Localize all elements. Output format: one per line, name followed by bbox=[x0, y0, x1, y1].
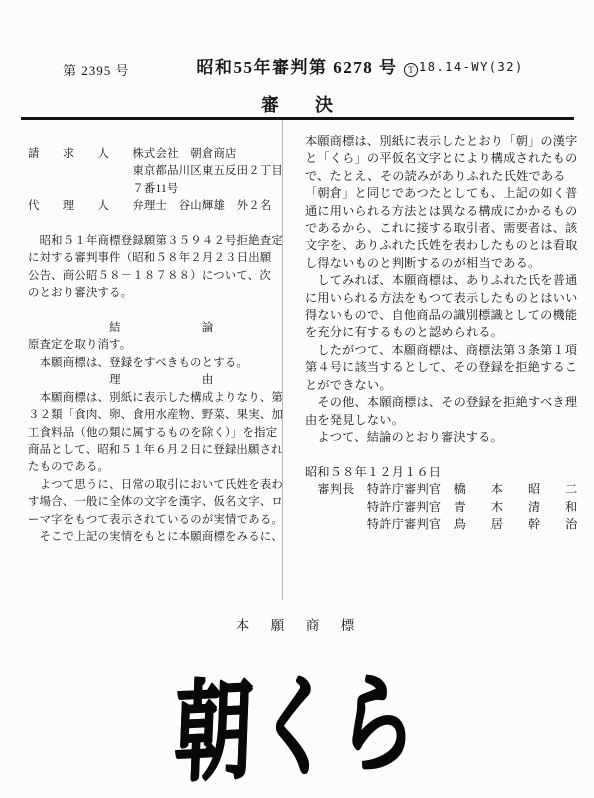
text-line bbox=[28, 303, 280, 320]
text-line: その他、本願商標は、その登録を拒絶すべき理 bbox=[305, 394, 584, 411]
text-line: してみれば、本願商標は、ありふれた氏を普通 bbox=[305, 272, 584, 289]
trademark-image-area: 朝くら bbox=[0, 652, 594, 784]
text-line: に用いられる方法をもつて表示したものとはいい bbox=[305, 290, 584, 307]
left-text-column: 請 求 人 株式会社 朝倉商店 東京都品川区東五反田２丁目 ７番11号代 理 人… bbox=[0, 120, 282, 602]
text-line: 特許庁審判官 鳥 居 幹 治 bbox=[305, 516, 584, 533]
text-line: 特許庁審判官 青 木 清 和 bbox=[305, 499, 584, 516]
text-line: ７番11号 bbox=[28, 181, 280, 198]
text-line bbox=[28, 216, 280, 233]
text-line: で、たとえ、その読みがありふれた氏姓である bbox=[305, 168, 584, 185]
classification-code: 18.14-WY(32) bbox=[419, 60, 524, 74]
text-line: 結 論 bbox=[28, 320, 280, 337]
text-line: のとおり審決する。 bbox=[28, 285, 280, 302]
text-line: たものである。 bbox=[28, 459, 280, 476]
text-line: 本願商標は、登録をすべきものとする。 bbox=[28, 355, 280, 372]
text-line: ３２類「食肉、卵、食用水産物、野菜、果実、加 bbox=[28, 407, 280, 424]
circled-t-mark-icon: T bbox=[404, 63, 418, 77]
text-line: 東京都品川区東五反田２丁目 bbox=[28, 163, 280, 180]
text-line: よつて、結論のとおり審決する。 bbox=[305, 429, 584, 446]
text-line: 工食料品（他の類に属するものを除く）」を指定 bbox=[28, 425, 280, 442]
two-column-body: 請 求 人 株式会社 朝倉商店 東京都品川区東五反田２丁目 ７番11号代 理 人… bbox=[0, 120, 594, 602]
text-line: と「くら」の平仮名文字とにより構成されたもの bbox=[305, 150, 584, 167]
text-line: 本願商標は、別紙に表示した構成よりなり、第 bbox=[28, 390, 280, 407]
text-line: そこで上記の実情をもとに本願商標をみるに、 bbox=[28, 529, 280, 546]
text-line: であるから、これに接する取引者、需要者は、該 bbox=[305, 220, 584, 237]
text-line: 理 由 bbox=[28, 372, 280, 389]
text-line: 商品として、昭和５１年６月２日に登録出願され bbox=[28, 442, 280, 459]
text-line: ーマ字をもつて表示されているのが実情である。 bbox=[28, 512, 280, 529]
classification-stamp: T18.14-WY(32) bbox=[404, 60, 524, 77]
right-text-column: 本願商標は、別紙に表示したとおり「朝」の漢字と「くら」の平仮名文字とにより構成さ… bbox=[283, 120, 594, 602]
text-line: 由を発見しない。 bbox=[305, 412, 584, 429]
text-line: 通に用いられる方法とは異なる構成にかかるもの bbox=[305, 203, 584, 220]
text-line: 得ないもので、自他商品の識別標識としての機能 bbox=[305, 307, 584, 324]
decision-document-page: 第 2395 号 昭和55年審判第 6278 号 T18.14-WY(32) 審… bbox=[0, 0, 594, 798]
text-line: 「朝倉」と同じであつたとしても、上記の如く普 bbox=[305, 185, 584, 202]
text-line bbox=[305, 446, 584, 463]
text-line: し得ないものと判断するのが相当である。 bbox=[305, 255, 584, 272]
attachment-label-honganshohyo: 本 願 商 標 bbox=[0, 614, 594, 634]
text-line: 文字を、ありふれた氏姓を表わしたものとは看取 bbox=[305, 237, 584, 254]
text-line: とができない。 bbox=[305, 377, 584, 394]
text-line: したがつて、本願商標は、商標法第３条第１項 bbox=[305, 342, 584, 359]
text-line: 第４号に該当するとして、その登録を拒絶するこ bbox=[305, 359, 584, 376]
text-line: 昭和５１年商標登録願第３５９４２号拒絶査定 bbox=[28, 233, 280, 250]
text-line: 本願商標は、別紙に表示したとおり「朝」の漢字 bbox=[305, 133, 584, 150]
text-line: す場合、一般に全体の文字を漢字、仮名文字、ロ bbox=[28, 494, 280, 511]
text-line: 公告、商公昭５８－１８７８８）について、次 bbox=[28, 268, 280, 285]
text-line: 請 求 人 株式会社 朝倉商店 bbox=[28, 146, 280, 163]
text-line: 代 理 人 弁理士 谷山輝雄 外２名 bbox=[28, 198, 280, 215]
text-line: 昭和５８年１２月１６日 bbox=[305, 464, 584, 481]
text-line: 原査定を取り消す。 bbox=[28, 337, 280, 354]
text-line: を充分に有するものと認められる。 bbox=[305, 324, 584, 341]
text-line: よつて思うに、日常の取引において氏姓を表わ bbox=[28, 477, 280, 494]
page-title-shinketsu: 審 決 bbox=[0, 91, 594, 117]
text-line: 審判長 特許庁審判官 橋 本 昭 二 bbox=[305, 481, 584, 498]
trademark-calligraphy-asakura: 朝くら bbox=[171, 634, 422, 798]
text-line: に対する審判事件（昭和５８年２月２３日出願 bbox=[28, 250, 280, 267]
